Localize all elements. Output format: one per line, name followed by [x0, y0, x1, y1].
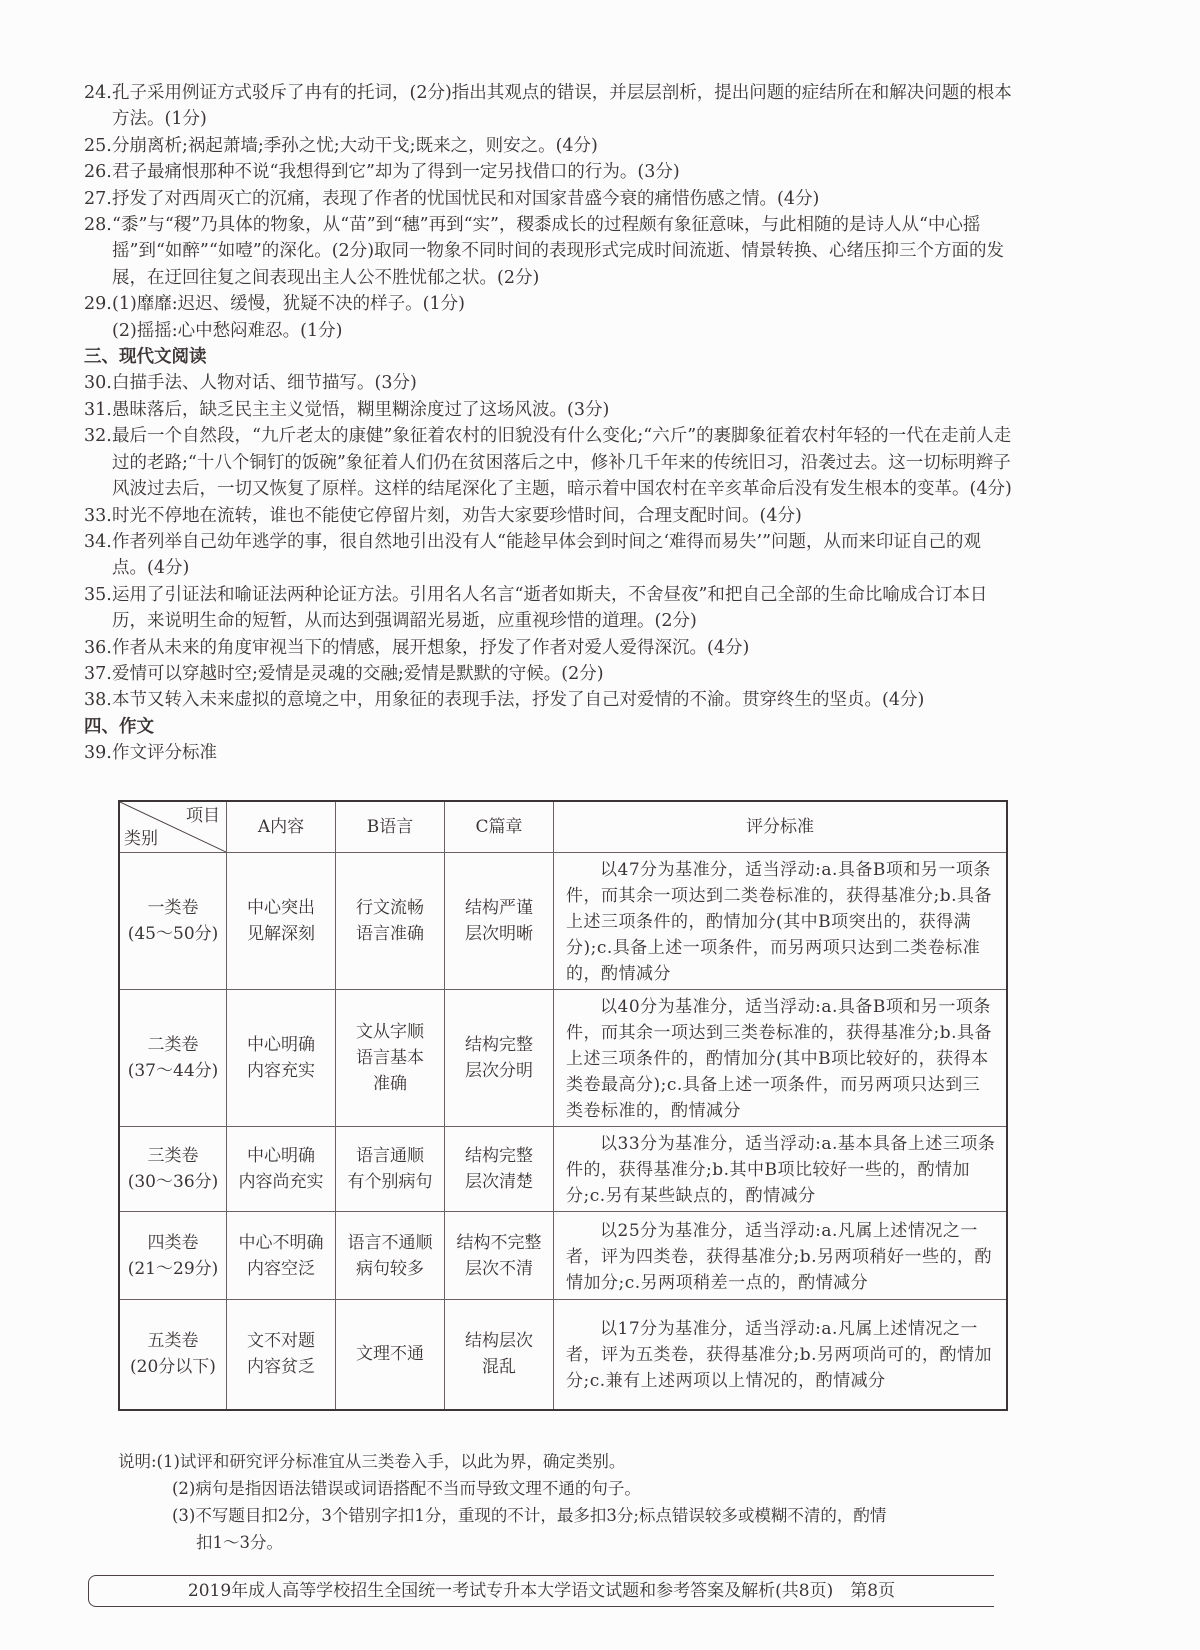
category-cell: 四类卷(21～29分) — [119, 1212, 227, 1300]
structure-cell: 结构严谨层次明晰 — [445, 853, 554, 990]
category-cell: 二类卷(37～44分) — [119, 990, 227, 1127]
category-cell: 三类卷(30～36分) — [119, 1127, 227, 1212]
table-row: 二类卷(37～44分) 中心明确内容充实 文从字顺语言基本准确 结构完整层次分明… — [119, 990, 1007, 1127]
answer-37: 37.爱情可以穿越时空;爱情是灵魂的交融;爱情是默默的守候。(2分) — [84, 661, 1014, 687]
content-cell: 中心不明确内容空泛 — [227, 1212, 336, 1300]
note-3: (3)不写题目扣2分，3个错别字扣1分，重现的不计，最多扣3分;标点错误较多或模… — [118, 1502, 1018, 1529]
content-cell: 中心明确内容尚充实 — [227, 1127, 336, 1212]
answer-36: 36.作者从未来的角度审视当下的情感，展开想象，抒发了作者对爱人爱得深沉。(4分… — [84, 635, 1014, 661]
content-cell: 文不对题内容贫乏 — [227, 1300, 336, 1410]
structure-cell: 结构完整层次清楚 — [445, 1127, 554, 1212]
language-cell: 语言通顺有个别病句 — [336, 1127, 445, 1212]
answer-28: 28.“黍”与“稷”乃具体的物象，从“苗”到“穗”再到“实”，稷黍成长的过程颇有… — [84, 212, 1014, 291]
answer-38: 38.本节又转入未来虚拟的意境之中，用象征的表现手法，抒发了自己对爱情的不渝。贯… — [84, 687, 1014, 713]
answer-33: 33.时光不停地在流转，谁也不能使它停留片刻，劝告大家要珍惜时间，合理支配时间。… — [84, 503, 1014, 529]
language-cell: 语言不通顺病句较多 — [336, 1212, 445, 1300]
column-header-c: C篇章 — [445, 801, 554, 853]
column-header-b: B语言 — [336, 801, 445, 853]
answer-26: 26.君子最痛恨那种不说“我想得到它”却为了得到一定另找借口的行为。(3分) — [84, 159, 1014, 185]
answer-list: 24.孔子采用例证方式驳斥了冉有的托词，(2分)指出其观点的错误，并层层剖析，提… — [84, 80, 1014, 767]
note-2: (2)病句是指因语法错误或词语搭配不当而导致文理不通的句子。 — [118, 1475, 1018, 1502]
category-cell: 五类卷(20分以下) — [119, 1300, 227, 1410]
language-cell: 文理不通 — [336, 1300, 445, 1410]
standard-cell: 以33分为基准分，适当浮动:a.基本具备上述三项条件的，获得基准分;b.其中B项… — [554, 1127, 1008, 1212]
section-heading-modern-reading: 三、现代文阅读 — [84, 344, 1014, 370]
grading-notes: 说明:(1)试评和研究评分标准宜从三类卷入手，以此为界，确定类别。 (2)病句是… — [118, 1448, 1018, 1556]
answer-32: 32.最后一个自然段，“九斤老太的康健”象征着农村的旧貌没有什么变化;“六斤”的… — [84, 423, 1014, 502]
structure-cell: 结构不完整层次不清 — [445, 1212, 554, 1300]
table-row: 五类卷(20分以下) 文不对题内容贫乏 文理不通 结构层次混乱 以17分为基准分… — [119, 1300, 1007, 1410]
note-1: 说明:(1)试评和研究评分标准宜从三类卷入手，以此为界，确定类别。 — [118, 1448, 1018, 1475]
content-cell: 中心突出见解深刻 — [227, 853, 336, 990]
answer-34: 34.作者列举自己幼年逃学的事，很自然地引出没有人“能趁早体会到时间之‘难得而易… — [84, 529, 1014, 582]
standard-cell: 以40分为基准分，适当浮动:a.具备B项和另一项条件，而其余一项达到三类卷标准的… — [554, 990, 1008, 1127]
document-page: 24.孔子采用例证方式驳斥了冉有的托词，(2分)指出其观点的错误，并层层剖析，提… — [0, 0, 1200, 1650]
column-header-a: A内容 — [227, 801, 336, 853]
answer-39: 39.作文评分标准 — [84, 740, 1014, 766]
answer-24: 24.孔子采用例证方式驳斥了冉有的托词，(2分)指出其观点的错误，并层层剖析，提… — [84, 80, 1014, 133]
content-cell: 中心明确内容充实 — [227, 990, 336, 1127]
page-footer: 2019年成人高等学校招生全国统一考试专升本大学语文试题和参考答案及解析(共8页… — [88, 1575, 994, 1607]
column-header-standard: 评分标准 — [554, 801, 1008, 853]
category-cell: 一类卷(45～50分) — [119, 853, 227, 990]
table-row: 四类卷(21～29分) 中心不明确内容空泛 语言不通顺病句较多 结构不完整层次不… — [119, 1212, 1007, 1300]
table-header-row: 项目 类别 A内容 B语言 C篇章 评分标准 — [119, 801, 1007, 853]
answer-29: 29.(1)靡靡:迟迟、缓慢，犹疑不决的样子。(1分) — [84, 291, 1014, 317]
answer-25: 25.分崩离析;祸起萧墙;季孙之忧;大动干戈;既来之，则安之。(4分) — [84, 133, 1014, 159]
table-row: 三类卷(30～36分) 中心明确内容尚充实 语言通顺有个别病句 结构完整层次清楚… — [119, 1127, 1007, 1212]
table-row: 一类卷(45～50分) 中心突出见解深刻 行文流畅语言准确 结构严谨层次明晰 以… — [119, 853, 1007, 990]
note-3-continued: 扣1～3分。 — [118, 1529, 1018, 1556]
answer-31: 31.愚昧落后，缺乏民主主义觉悟，糊里糊涂度过了这场风波。(3分) — [84, 397, 1014, 423]
diagonal-header-cell: 项目 类别 — [119, 801, 227, 853]
answer-35: 35.运用了引证法和喻证法两种论证方法。引用名人名言“逝者如斯夫，不舍昼夜”和把… — [84, 582, 1014, 635]
language-cell: 行文流畅语言准确 — [336, 853, 445, 990]
answer-30: 30.白描手法、人物对话、细节描写。(3分) — [84, 370, 1014, 396]
section-heading-composition: 四、作文 — [84, 714, 1014, 740]
language-cell: 文从字顺语言基本准确 — [336, 990, 445, 1127]
grading-table: 项目 类别 A内容 B语言 C篇章 评分标准 一类卷(45～50分) 中心突出见… — [118, 800, 1008, 1411]
structure-cell: 结构层次混乱 — [445, 1300, 554, 1410]
answer-27: 27.抒发了对西周灭亡的沉痛，表现了作者的忧国忧民和对国家昔盛今衰的痛惜伤感之情… — [84, 186, 1014, 212]
structure-cell: 结构完整层次分明 — [445, 990, 554, 1127]
answer-29-sub: (2)摇摇:心中愁闷难忍。(1分) — [84, 318, 1014, 344]
standard-cell: 以47分为基准分，适当浮动:a.具备B项和另一项条件，而其余一项达到二类卷标准的… — [554, 853, 1008, 990]
standard-cell: 以25分为基准分，适当浮动:a.凡属上述情况之一者，评为四类卷，获得基准分;b.… — [554, 1212, 1008, 1300]
standard-cell: 以17分为基准分，适当浮动:a.凡属上述情况之一者，评为五类卷，获得基准分;b.… — [554, 1300, 1008, 1410]
